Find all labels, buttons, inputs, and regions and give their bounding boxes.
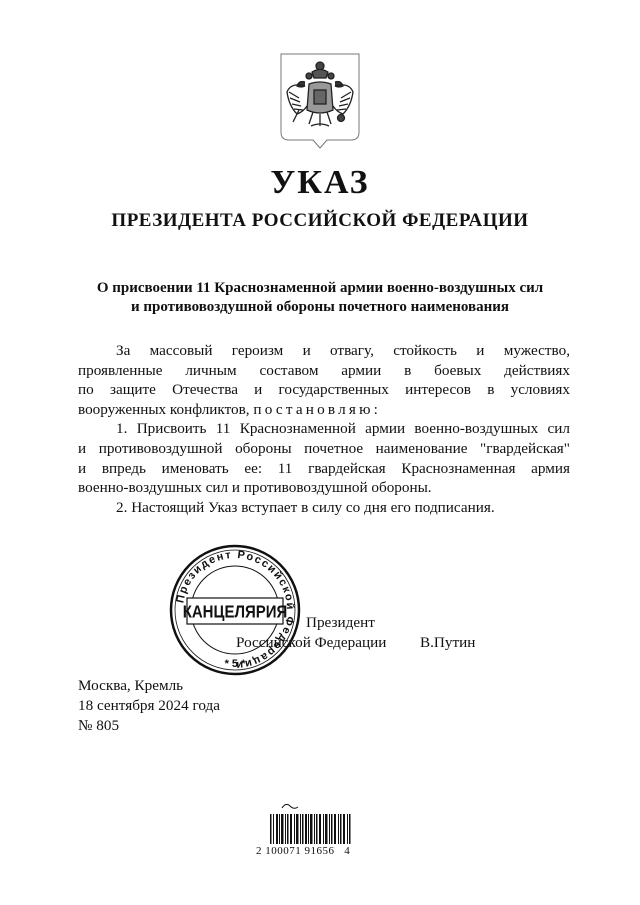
body-line: проявленные личным составом армии в боев… xyxy=(78,361,570,381)
heading-line-1: О присвоении 11 Краснознаменной армии во… xyxy=(70,279,570,298)
body-line: и впредь именовать ее: 11 гвардейская Кр… xyxy=(78,459,570,479)
decree-number: № 805 xyxy=(78,716,220,736)
body-line: и противовоздушной обороны почетное наим… xyxy=(78,439,570,459)
heading-line-2: и противовоздушной обороны почетного наи… xyxy=(70,298,570,317)
barcode-icon xyxy=(268,800,368,846)
double-headed-eagle-icon xyxy=(279,52,361,150)
stamp-center-text: КАНЦЕЛЯРИЯ xyxy=(183,601,288,622)
official-stamp: Президент Российской Федерации * 5 * КАН… xyxy=(165,543,305,678)
body-line: 2. Настоящий Указ вступает в силу со дня… xyxy=(78,498,570,518)
body-line: 1. Присвоить 11 Краснознаменной армии во… xyxy=(78,419,570,439)
decree-footer: Москва, Кремль 18 сентября 2024 года № 8… xyxy=(78,676,220,736)
body-line: по защите Отечества и государственных ин… xyxy=(78,380,570,400)
document-title: УКАЗ xyxy=(0,164,640,202)
body-line: За массовый героизм и отвагу, стойкость … xyxy=(78,341,570,361)
body-line: военно-воздушных сил и противовоздушной … xyxy=(78,478,570,498)
signatory-name: В.Путин xyxy=(420,634,475,652)
barcode-number: 2 100071 91656 4 xyxy=(256,845,350,857)
decree-body: За массовый героизм и отвагу, стойкость … xyxy=(78,341,570,517)
place-location: Москва, Кремль xyxy=(78,676,220,696)
body-line: вооруженных конфликтов, постановляю: xyxy=(78,400,570,420)
stamp-bottom-text: * 5 * xyxy=(225,658,247,670)
stamp-seal-icon: Президент Российской Федерации * 5 * КАН… xyxy=(165,543,305,678)
coat-of-arms-emblem xyxy=(279,52,361,150)
document-subtitle: ПРЕЗИДЕНТА РОССИЙСКОЙ ФЕДЕРАЦИИ xyxy=(0,210,640,232)
signature-title-line-1: Президент xyxy=(306,614,375,632)
decree-date: 18 сентября 2024 года xyxy=(78,696,220,716)
decree-heading: О присвоении 11 Краснознаменной армии во… xyxy=(70,279,570,317)
resolve-word: постановляю: xyxy=(253,401,381,418)
body-text: вооруженных конфликтов, xyxy=(78,401,253,418)
